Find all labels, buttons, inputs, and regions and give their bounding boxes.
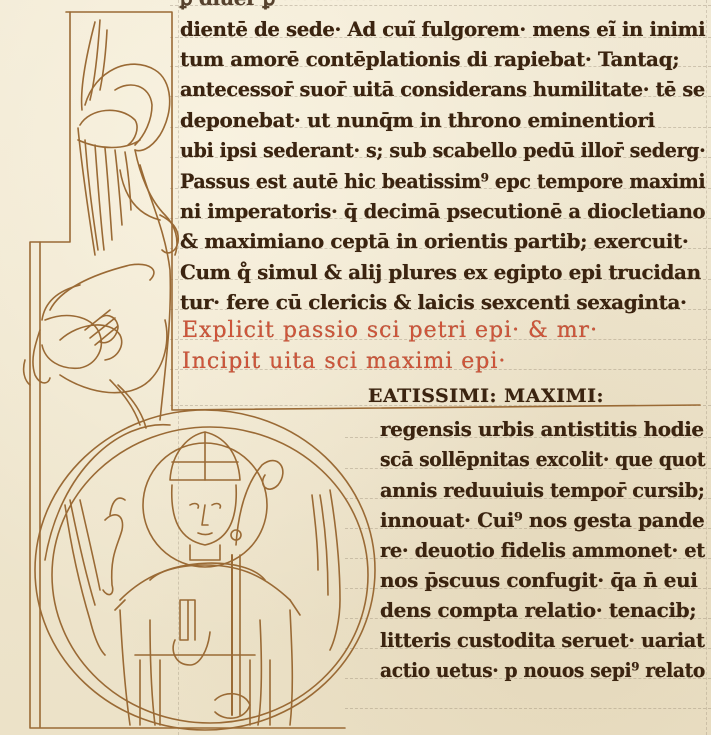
- bishop-medallion-drawing: [35, 410, 375, 730]
- text-line: regensis urbis antistitis hodie: [380, 417, 704, 441]
- text-line: scā sollēpnitas excolit· que quot: [380, 447, 705, 471]
- text-line: Passus est autē hic beatissim⁹ epc tempo…: [180, 169, 705, 193]
- text-line: Cum q̊ simul & alij plures ex egipto epi…: [180, 260, 701, 284]
- text-line: ubi ipsi sederant· s; sub scabello pedū …: [180, 138, 705, 162]
- text-line: & maximiano ceptā in orientis partib; ex…: [180, 229, 688, 253]
- text-line: deponebat· ut nunq̄m in throno eminentio…: [180, 108, 655, 132]
- text-line: actio uetus· p nouos sepi⁹ relato: [380, 658, 705, 682]
- rubric-explicit: Explicit passio sci petri epi· & mr·: [182, 319, 598, 343]
- text-line: tur· fere cū clericis & laicis sexcenti …: [180, 290, 687, 314]
- text-line-partial-top: ꝑ diuer ꝑ ···· ·········: [180, 0, 374, 10]
- incipit-display-capitals: EATISSIMI: MAXIMI:: [368, 384, 604, 408]
- text-line: nos p̄scuus confugit· q̄a n̄ eui: [380, 568, 697, 592]
- dragon-drawing: [24, 264, 167, 428]
- text-line: dens compta relatio· tenacib;: [380, 598, 696, 622]
- text-line: antecessor̄ suor̄ uitā considerans humil…: [180, 77, 705, 101]
- rubric-incipit: Incipit uita sci maximi epi·: [182, 350, 506, 374]
- text-line: dientē de sede· Ad cuĩ fulgorem· mens eĩ…: [180, 17, 705, 41]
- text-line: ni imperatoris· q̄ decimā psecutionē a d…: [180, 199, 705, 223]
- text-line: litteris custodita seruet· uariat: [380, 628, 705, 652]
- text-line: tum amorē contēplationis di rapiebat· Ta…: [180, 47, 679, 71]
- text-line: innouat· Cui⁹ nos gesta pande: [380, 508, 704, 532]
- text-line: annis reduuiuis tempor̄ cursib;: [380, 478, 705, 502]
- text-line: re· deuotio fidelis ammonet· et: [380, 538, 705, 562]
